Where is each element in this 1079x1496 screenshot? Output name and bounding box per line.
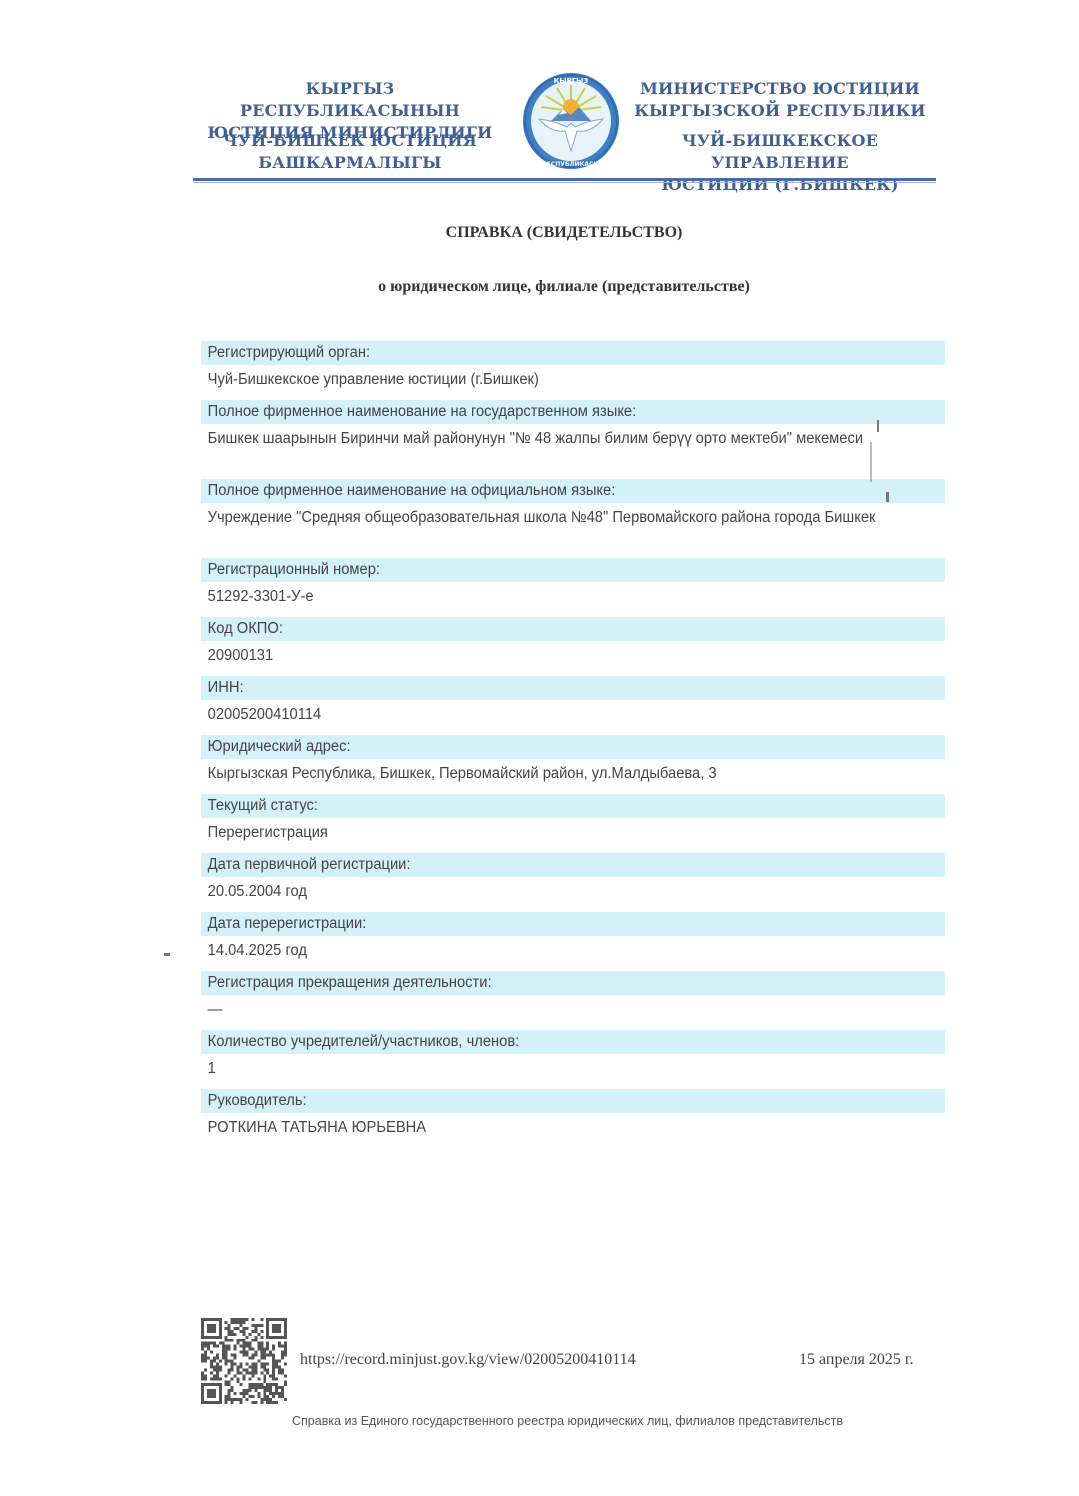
document-subtitle: о юридическом лице, филиале (представите…: [0, 278, 1079, 296]
verification-url[interactable]: https://record.minjust.gov.kg/view/02005…: [300, 1351, 636, 1369]
svg-text:КЫРГЫЗ: КЫРГЫЗ: [554, 77, 589, 85]
header-left-bottom-line2: БАШКАРМАЛЫГЫ: [195, 152, 505, 174]
field-value: 14.04.2025 год: [201, 939, 945, 966]
state-emblem-icon: КЫРГЫЗ РЕСПУБЛИКАСЫ: [521, 71, 621, 171]
header-left-top-line1: КЫРГЫЗ РЕСПУБЛИКАСЫНЫН: [195, 78, 505, 122]
header-left-bottom-line1: ЧУЙ-БИШКЕК ЮСТИЦИЯ: [195, 130, 505, 152]
field-label: Регистрирующий орган:: [201, 341, 945, 365]
header-right-top-line2: КЫРГЫЗСКОЙ РЕСПУБЛИКИ: [620, 100, 940, 122]
scan-artifact: [886, 492, 889, 502]
field-label: Руководитель:: [201, 1089, 945, 1113]
document-title: СПРАВКА (СВИДЕТЕЛЬСТВО): [0, 224, 1079, 242]
field-value: Учреждение "Средняя общеобразовательная …: [201, 506, 945, 553]
field-label: Регистрационный номер:: [201, 558, 945, 582]
issue-date: 15 апреля 2025 г.: [799, 1351, 914, 1369]
header-right-bottom-line1: ЧУЙ-БИШКЕКСКОЕ УПРАВЛЕНИЕ: [620, 130, 940, 174]
field-value: Перерегистрация: [201, 821, 945, 848]
field-label: Регистрация прекращения деятельности:: [201, 971, 945, 995]
field-value: Чуй-Бишкекское управление юстиции (г.Биш…: [201, 368, 945, 395]
scan-artifact: [877, 420, 879, 432]
field-value: 1: [201, 1057, 945, 1084]
field-label: Количество учредителей/участников, члено…: [201, 1030, 945, 1054]
field-label: Дата перерегистрации:: [201, 912, 945, 936]
field-value: 20.05.2004 год: [201, 880, 945, 907]
header-right-bottom: ЧУЙ-БИШКЕКСКОЕ УПРАВЛЕНИЕ ЮСТИЦИИ (Г.БИШ…: [620, 130, 940, 196]
field-value: Кыргызская Республика, Бишкек, Первомайс…: [201, 762, 945, 789]
field-value: —: [201, 998, 945, 1025]
field-value: Бишкек шаарынын Биринчи май районунун "№…: [201, 427, 945, 474]
field-label: Дата первичной регистрации:: [201, 853, 945, 877]
field-label: Полное фирменное наименование на государ…: [201, 400, 945, 424]
fields-table: Регистрирующий орган:Чуй-Бишкекское упра…: [201, 341, 940, 1148]
field-value: 51292-3301-У-е: [201, 585, 945, 612]
qr-code-icon[interactable]: [201, 1318, 287, 1404]
field-label: ИНН:: [201, 676, 945, 700]
header-right-top: МИНИСТЕРСТВО ЮСТИЦИИ КЫРГЫЗСКОЙ РЕСПУБЛИ…: [620, 78, 940, 122]
field-label: Код ОКПО:: [201, 617, 945, 641]
field-label: Текущий статус:: [201, 794, 945, 818]
header-left-bottom: ЧУЙ-БИШКЕК ЮСТИЦИЯ БАШКАРМАЛЫГЫ: [195, 130, 505, 174]
field-value: РОТКИНА ТАТЬЯНА ЮРЬЕВНА: [201, 1116, 945, 1143]
header-divider-thin: [193, 182, 936, 183]
svg-text:РЕСПУБЛИКАСЫ: РЕСПУБЛИКАСЫ: [542, 161, 599, 168]
header-divider: [193, 178, 936, 181]
header-right-top-line1: МИНИСТЕРСТВО ЮСТИЦИИ: [620, 78, 940, 100]
field-label: Полное фирменное наименование на официал…: [201, 479, 945, 503]
scan-artifact: [870, 442, 872, 482]
footer-note: Справка из Единого государственного реес…: [0, 1414, 1079, 1428]
field-value: 02005200410114: [201, 703, 945, 730]
field-value: 20900131: [201, 644, 945, 671]
scan-artifact: [164, 953, 170, 956]
field-label: Юридический адрес:: [201, 735, 945, 759]
